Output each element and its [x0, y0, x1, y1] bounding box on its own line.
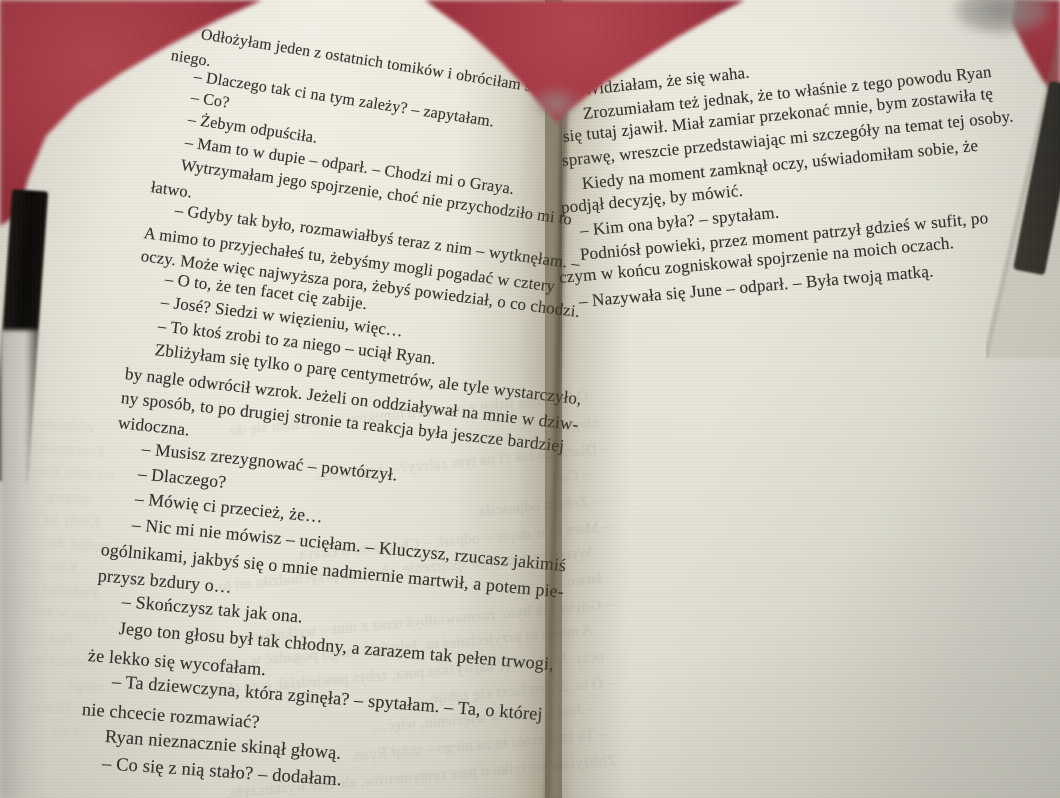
left-ghost-line-11: niego. — [63, 676, 103, 697]
open-book-photo: Widziałam, że się waha.Zrozumiałam też j… — [0, 0, 1060, 798]
red-fleece-top-center — [413, 0, 758, 130]
gray-gutter-fuzz — [528, 84, 584, 124]
red-fleece-top-center-shape — [413, 0, 758, 130]
left-page-edge-band — [0, 330, 46, 798]
left-ghost-line-13: – Co? — [53, 723, 91, 743]
